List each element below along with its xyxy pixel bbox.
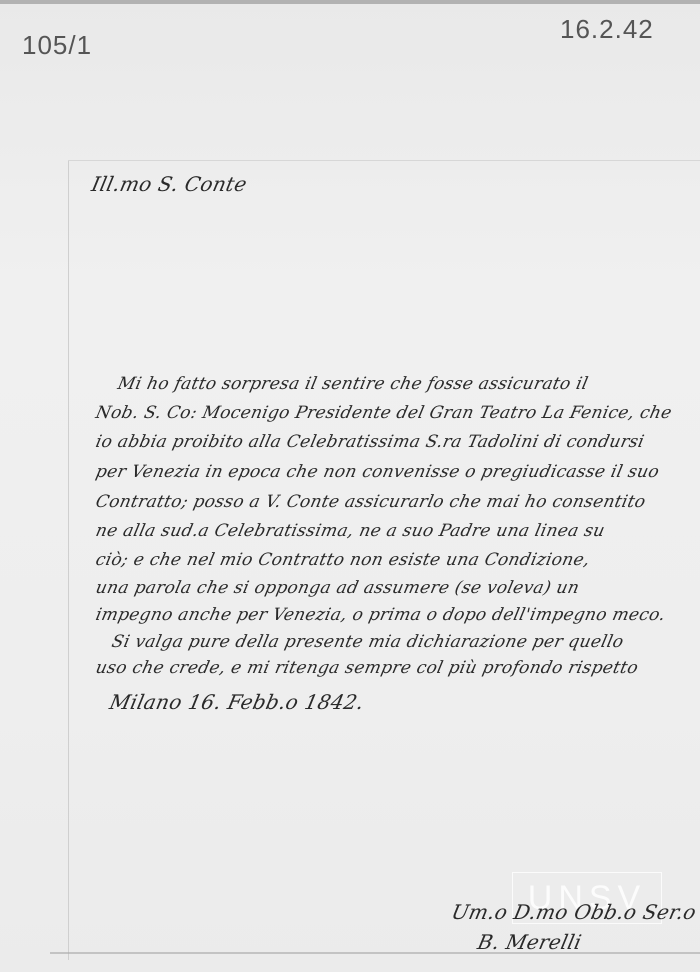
page-bottom-edge — [50, 952, 700, 954]
archive-pencil-date: 16.2.42 — [560, 14, 654, 45]
body-line-3: io abbia proibito alla Celebratissima S.… — [94, 432, 646, 452]
body-line-6: ne alla sud.a Celebratissima, ne a suo P… — [94, 521, 607, 541]
body-line-5: Contratto; posso a V. Conte assicurarlo … — [94, 492, 648, 512]
folio-number: 105/1 — [22, 30, 92, 61]
fold-line-horizontal — [68, 160, 700, 161]
page-top-edge — [0, 0, 700, 4]
body-line-2: Nob. S. Co: Mocenigo Presidente del Gran… — [94, 403, 674, 423]
body-line-11: uso che crede, e mi ritenga sempre col p… — [94, 658, 640, 678]
signature-closing: Um.o D.mo Obb.o Ser.o — [449, 900, 698, 924]
body-line-8: una parola che si opponga ad assumere (s… — [94, 578, 581, 598]
salutation: Ill.mo S. Conte — [89, 172, 249, 196]
body-line-4: per Venezia in epoca che non convenisse … — [94, 462, 661, 482]
body-line-10: Si valga pure della presente mia dichiar… — [110, 632, 626, 652]
letter-page: 105/1 16.2.42 Ill.mo S. Conte Mi ho fatt… — [0, 0, 700, 972]
place-and-date: Milano 16. Febb.o 1842. — [107, 690, 366, 714]
signature-name: B. Merelli — [475, 930, 583, 954]
body-line-9: impegno anche per Venezia, o prima o dop… — [94, 605, 667, 625]
fold-line-vertical — [68, 160, 69, 960]
body-line-1: Mi ho fatto sorpresa il sentire che foss… — [116, 374, 590, 394]
body-line-7: ciò; e che nel mio Contratto non esiste … — [94, 550, 592, 570]
